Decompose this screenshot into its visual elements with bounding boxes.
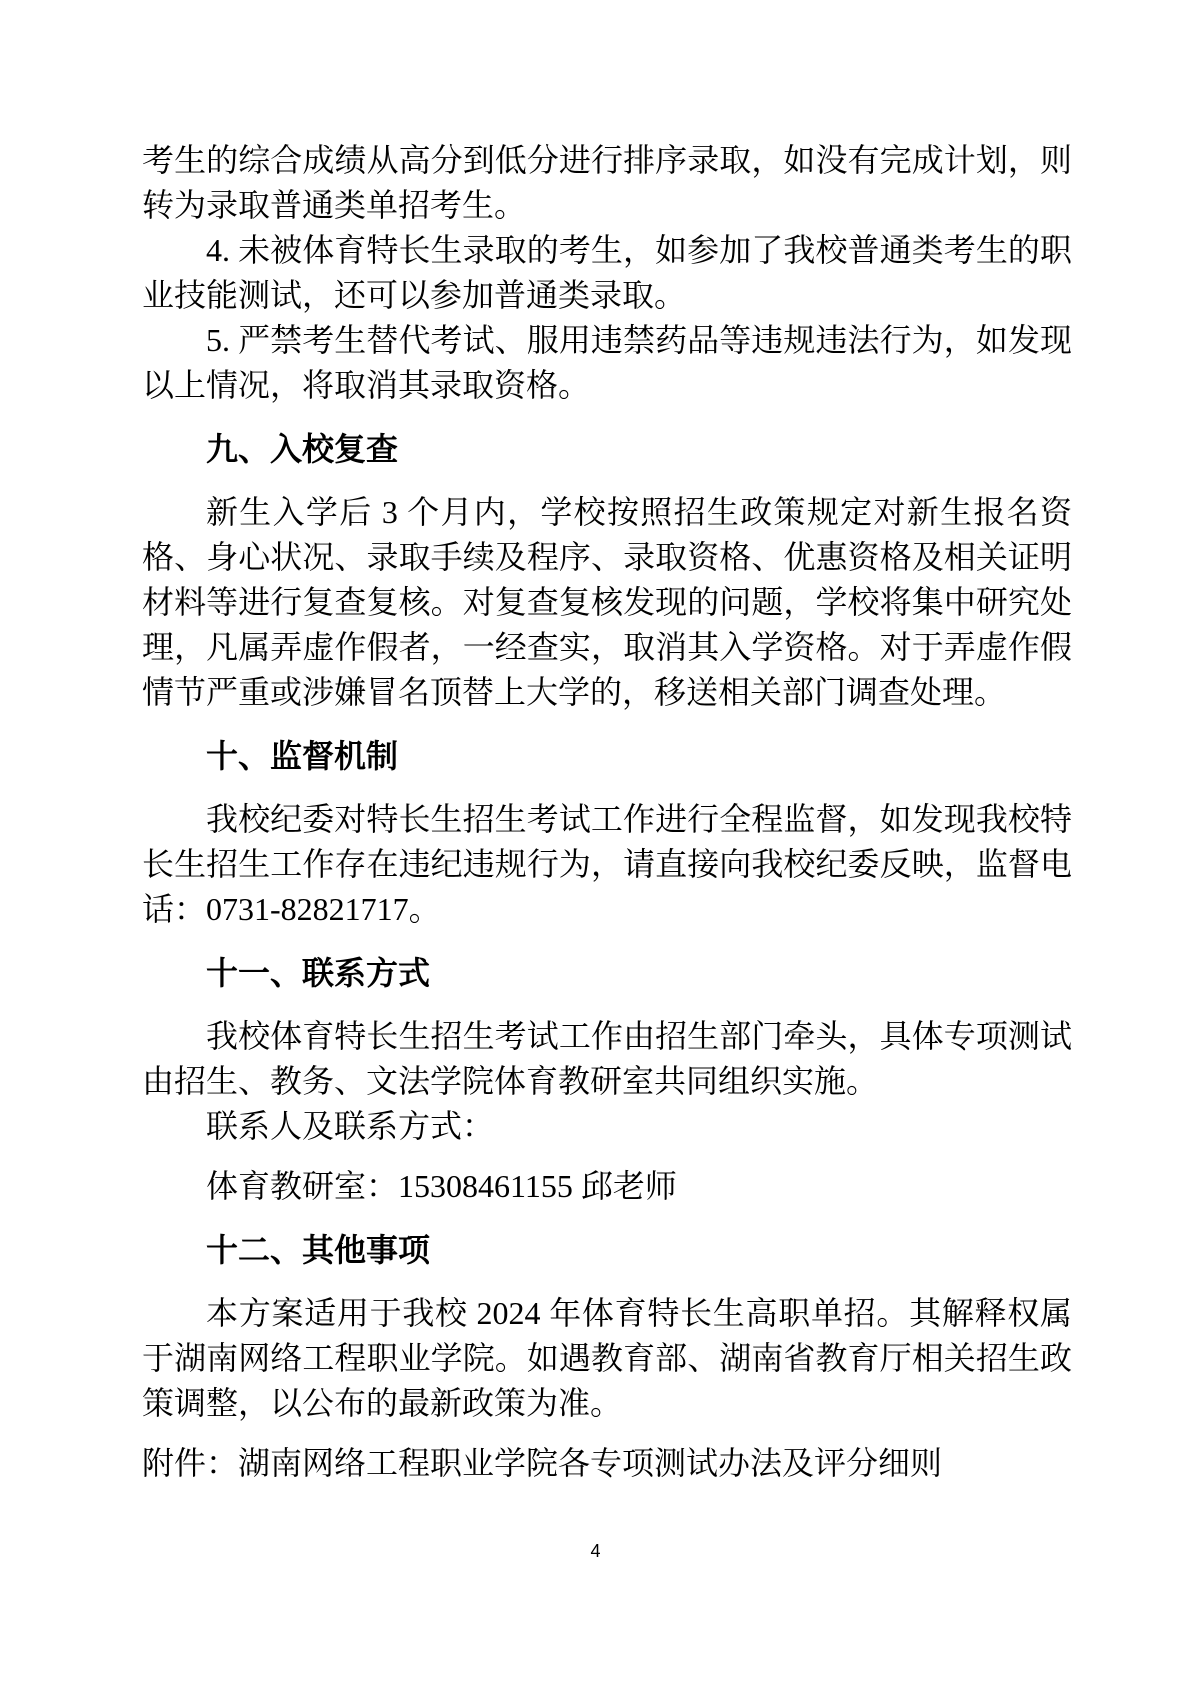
body-paragraph: 4. 未被体育特长生录取的考生，如参加了我校普通类考生的职业技能测试，还可以参加…	[142, 228, 1072, 318]
document-content: 考生的综合成绩从高分到低分进行排序录取，如没有完成计划，则转为录取普通类单招考生…	[142, 138, 1072, 1486]
page-number: 4	[0, 1540, 1191, 1562]
section-heading: 九、入校复查	[142, 427, 1072, 472]
body-paragraph: 体育教研室：15308461155 邱老师	[142, 1164, 1072, 1209]
section-heading: 十二、其他事项	[142, 1228, 1072, 1273]
section-heading: 十一、联系方式	[142, 951, 1072, 996]
document-page: 考生的综合成绩从高分到低分进行排序录取，如没有完成计划，则转为录取普通类单招考生…	[0, 0, 1191, 1684]
body-paragraph: 我校体育特长生招生考试工作由招生部门牵头，具体专项测试由招生、教务、文法学院体育…	[142, 1014, 1072, 1104]
body-paragraph: 联系人及联系方式：	[142, 1104, 1072, 1149]
body-paragraph: 新生入学后 3 个月内，学校按照招生政策规定对新生报名资格、身心状况、录取手续及…	[142, 490, 1072, 715]
body-paragraph: 考生的综合成绩从高分到低分进行排序录取，如没有完成计划，则转为录取普通类单招考生…	[142, 138, 1072, 228]
body-paragraph: 我校纪委对特长生招生考试工作进行全程监督，如发现我校特长生招生工作存在违纪违规行…	[142, 797, 1072, 932]
attachment-note: 附件：湖南网络工程职业学院各专项测试办法及评分细则	[142, 1441, 1072, 1486]
section-heading: 十、监督机制	[142, 734, 1072, 779]
body-paragraph: 本方案适用于我校 2024 年体育特长生高职单招。其解释权属于湖南网络工程职业学…	[142, 1291, 1072, 1426]
body-paragraph: 5. 严禁考生替代考试、服用违禁药品等违规违法行为，如发现以上情况，将取消其录取…	[142, 318, 1072, 408]
